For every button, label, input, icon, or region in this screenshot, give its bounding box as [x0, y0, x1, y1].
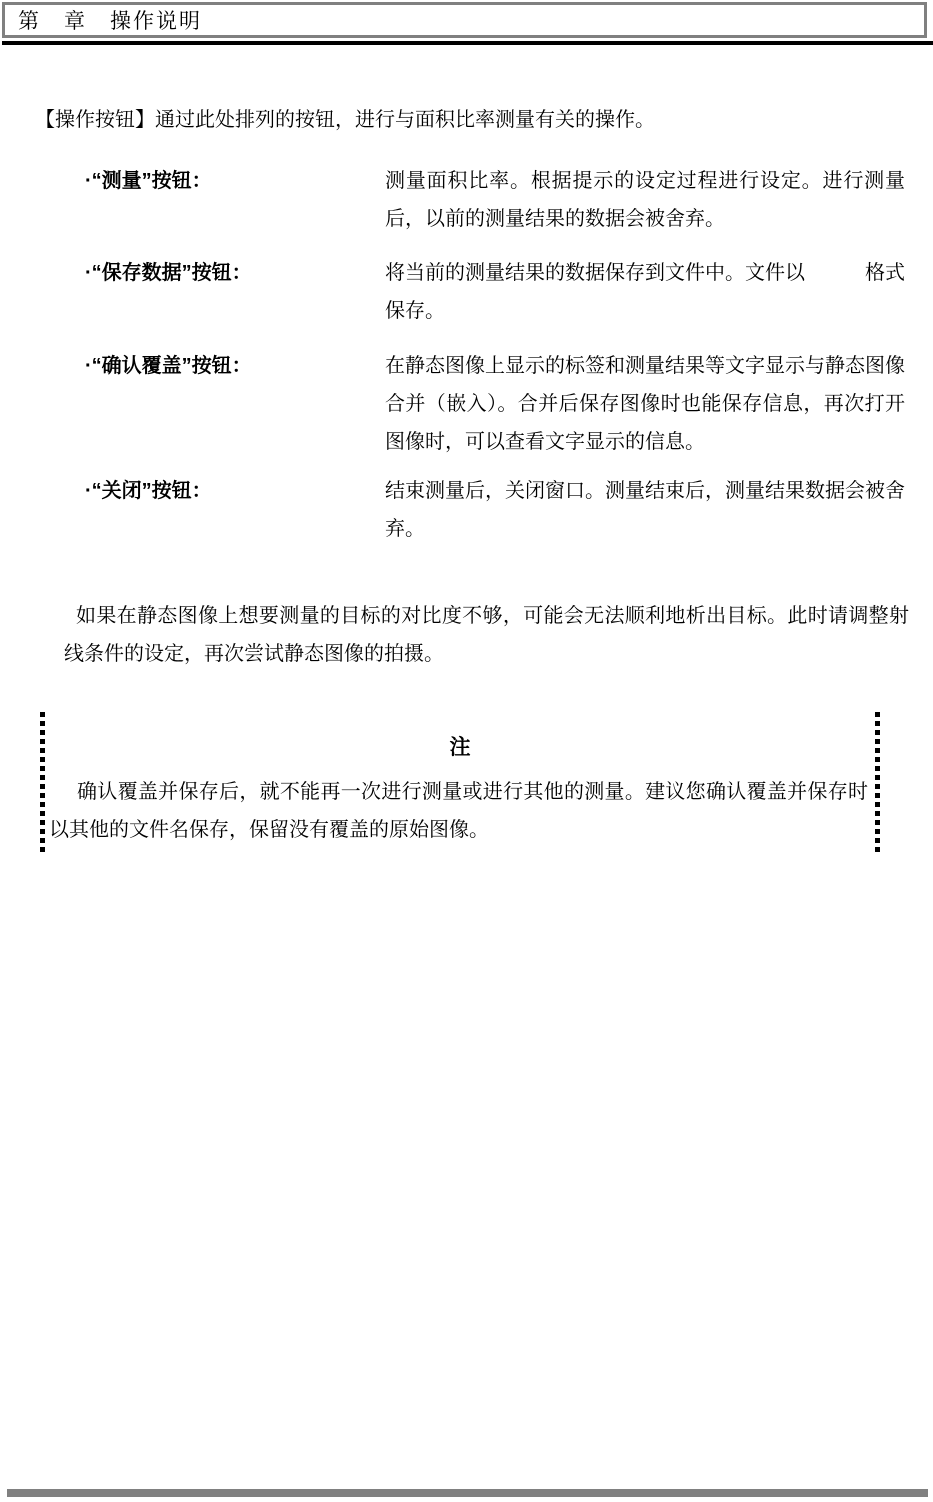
note-text: 确认覆盖并保存后，就不能再一次进行测量或进行其他的测量。建议您确认覆盖并保存时以…: [49, 773, 868, 849]
button-desc-save-data: 将当前的测量结果的数据保存到文件中。文件以 格式保存。: [385, 254, 905, 330]
button-row-close: ·“关闭”按钮： 结束测量后，关闭窗口。测量结束后，测量结果数据会被舍弃。: [85, 472, 905, 548]
note-border-right: [875, 712, 880, 852]
button-label-confirm-overlay: ·“确认覆盖”按钮：: [85, 347, 385, 385]
manual-page: 第 章 操作说明 【操作按钮】通过此处排列的按钮，进行与面积比率测量有关的操作。…: [0, 0, 933, 1502]
button-desc-close: 结束测量后，关闭窗口。测量结束后，测量结果数据会被舍弃。: [385, 472, 905, 548]
chapter-header-box: 第 章 操作说明: [2, 2, 927, 38]
button-label-measure: ·“测量”按钮：: [85, 162, 385, 200]
button-label-save-data: ·“保存数据”按钮：: [85, 254, 385, 292]
button-label-close: ·“关闭”按钮：: [85, 472, 385, 510]
chapter-title: 第 章 操作说明: [18, 5, 202, 35]
intro-text: 【操作按钮】通过此处排列的按钮，进行与面积比率测量有关的操作。: [35, 106, 655, 134]
button-desc-confirm-overlay: 在静态图像上显示的标签和测量结果等文字显示与静态图像合并（嵌入）。合并后保存图像…: [385, 347, 905, 461]
button-row-save-data: ·“保存数据”按钮： 将当前的测量结果的数据保存到文件中。文件以 格式保存。: [85, 254, 905, 330]
button-desc-measure: 测量面积比率。根据提示的设定过程进行设定。进行测量后，以前的测量结果的数据会被舍…: [385, 162, 905, 238]
footer-bar: [7, 1489, 928, 1497]
body-paragraph: 如果在静态图像上想要测量的目标的对比度不够，可能会无法顺利地析出目标。此时请调整…: [64, 597, 909, 673]
note-box: 注 确认覆盖并保存后，就不能再一次进行测量或进行其他的测量。建议您确认覆盖并保存…: [40, 712, 880, 852]
note-border-left: [40, 712, 45, 852]
header-rule: [2, 41, 933, 45]
button-row-confirm-overlay: ·“确认覆盖”按钮： 在静态图像上显示的标签和测量结果等文字显示与静态图像合并（…: [85, 347, 905, 461]
button-row-measure: ·“测量”按钮： 测量面积比率。根据提示的设定过程进行设定。进行测量后，以前的测…: [85, 162, 905, 238]
note-title: 注: [40, 736, 880, 760]
